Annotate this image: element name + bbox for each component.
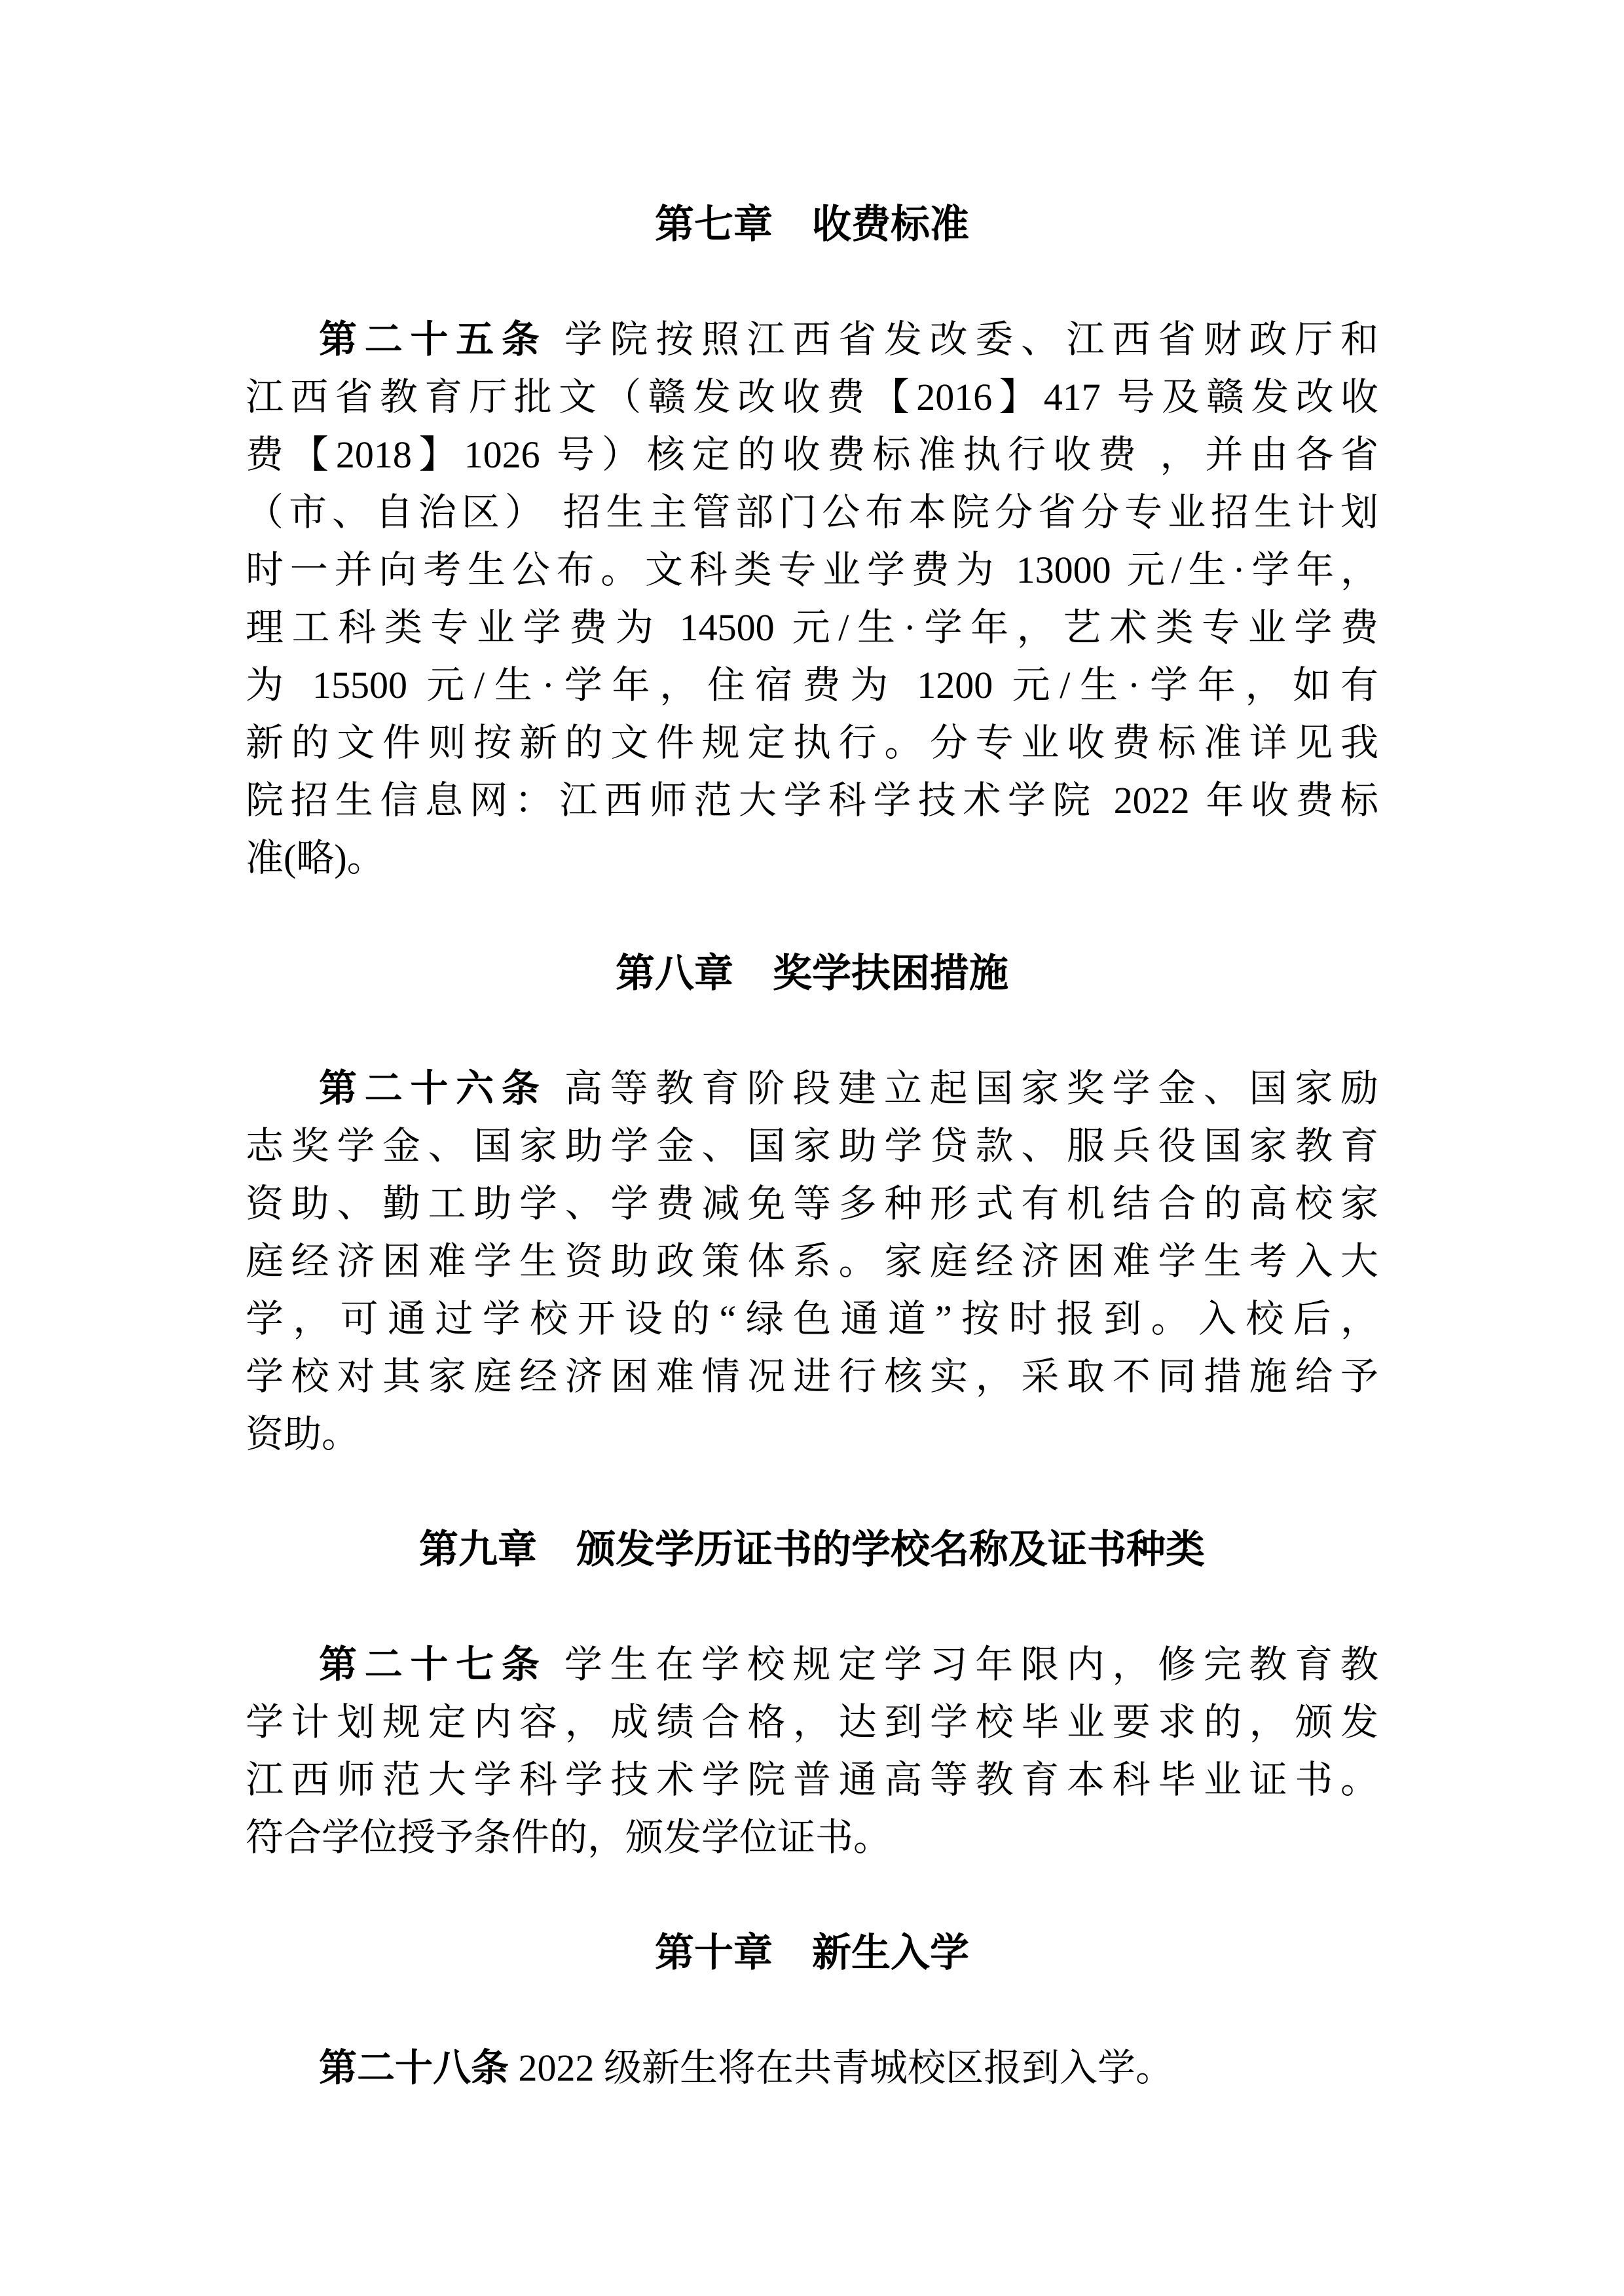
text-line: 时一并向考生公布。文科类专业学费为 13000 元/生·学年， bbox=[246, 541, 1378, 599]
document-page: 第七章 收费标准 第二十五条 学院按照江西省发改委、江西省财政厅和 江西省教育厅… bbox=[0, 0, 1624, 2296]
text-line: 第二十七条 学生在学校规定学习年限内，修完教育教 bbox=[246, 1636, 1378, 1694]
article-27-term: 第二十七条 bbox=[319, 1643, 547, 1686]
text-line: 新的文件则按新的文件规定执行。分专业收费标准详见我 bbox=[246, 714, 1378, 772]
text-line: 江西师范大学科学技术学院普通高等教育本科毕业证书。 bbox=[246, 1751, 1378, 1809]
article-28-term: 第二十八条 bbox=[319, 2047, 509, 2089]
text-line: 学计划规定内容，成绩合格，达到学校毕业要求的，颁发 bbox=[246, 1694, 1378, 1751]
text-line: 符合学位授予条件的，颁发学位证书。 bbox=[246, 1809, 1378, 1867]
text-line: 学校对其家庭经济困难情况进行核实，采取不同措施给予 bbox=[246, 1348, 1378, 1406]
article-25-term: 第二十五条 bbox=[319, 318, 547, 361]
blank-line bbox=[246, 1463, 1378, 1521]
blank-line bbox=[246, 1867, 1378, 1924]
text-line: 资助、勤工助学、学费减免等多种形式有机结合的高校家 bbox=[246, 1175, 1378, 1233]
text-line: （市、自治区） 招生主管部门公布本院分省分专业招生计划 bbox=[246, 484, 1378, 541]
text-line: 准(略)。 bbox=[246, 829, 1378, 887]
blank-line bbox=[246, 1982, 1378, 2039]
text-line: 志奖学金、国家助学金、国家助学贷款、服兵役国家教育 bbox=[246, 1118, 1378, 1175]
text-line: 第二十八条 2022 级新生将在共青城校区报到入学。 bbox=[246, 2039, 1378, 2097]
page-content: 第七章 收费标准 第二十五条 学院按照江西省发改委、江西省财政厅和 江西省教育厅… bbox=[0, 0, 1624, 2097]
text-run: 学生在学校规定学习年限内，修完教育教 bbox=[547, 1643, 1378, 1686]
text-line: 第二十五条 学院按照江西省发改委、江西省财政厅和 bbox=[246, 311, 1378, 369]
blank-line bbox=[246, 1002, 1378, 1060]
text-line: 庭经济困难学生资助政策体系。家庭经济困难学生考入大 bbox=[246, 1233, 1378, 1290]
text-line: 学，可通过学校开设的“绿色通道”按时报到。入校后， bbox=[246, 1290, 1378, 1348]
blank-line bbox=[246, 253, 1378, 311]
text-line: 院招生信息网：江西师范大学科学技术学院 2022 年收费标 bbox=[246, 772, 1378, 829]
chapter-9-heading: 第九章 颁发学历证书的学校名称及证书种类 bbox=[246, 1521, 1378, 1578]
text-line: 江西省教育厅批文（赣发改收费【2016】417 号及赣发改收 bbox=[246, 369, 1378, 426]
chapter-8-heading: 第八章 奖学扶困措施 bbox=[246, 945, 1378, 1002]
chapter-10-heading: 第十章 新生入学 bbox=[246, 1924, 1378, 1982]
text-line: 为 15500 元/生·学年，住宿费为 1200 元/生·学年，如有 bbox=[246, 657, 1378, 714]
text-run: 2022 级新生将在共青城校区报到入学。 bbox=[509, 2047, 1173, 2089]
blank-line bbox=[246, 1578, 1378, 1636]
text-line: 费【2018】1026 号）核定的收费标准执行收费 ，并由各省 bbox=[246, 426, 1378, 484]
text-run: 高等教育阶段建立起国家奖学金、国家励 bbox=[547, 1067, 1378, 1110]
chapter-7-heading: 第七章 收费标准 bbox=[246, 196, 1378, 253]
blank-line bbox=[246, 887, 1378, 945]
article-26-term: 第二十六条 bbox=[319, 1067, 547, 1110]
text-line: 资助。 bbox=[246, 1406, 1378, 1463]
text-line: 理工科类专业学费为 14500 元/生·学年，艺术类专业学费 bbox=[246, 599, 1378, 657]
text-run: 学院按照江西省发改委、江西省财政厅和 bbox=[547, 318, 1378, 361]
text-line: 第二十六条 高等教育阶段建立起国家奖学金、国家励 bbox=[246, 1060, 1378, 1118]
